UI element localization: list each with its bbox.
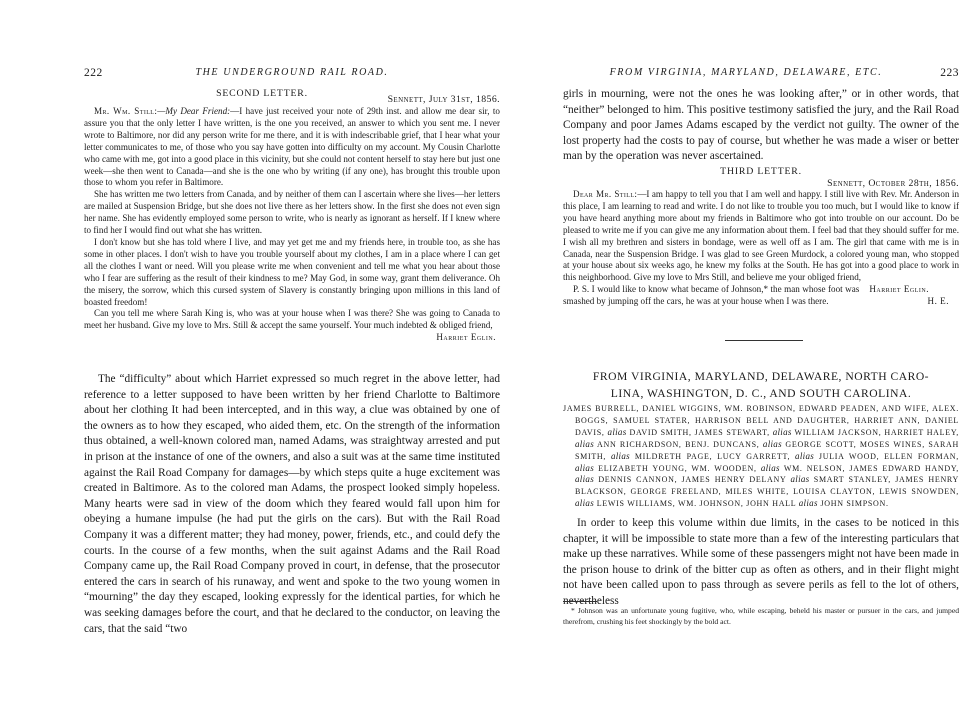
narrative-continued: girls in mourning, were not the ones he …: [563, 87, 959, 165]
names-segment: WILLIAM JACKSON, HARRIET HALEY,: [792, 428, 959, 437]
alias-label: alias: [761, 463, 780, 473]
left-page: 222 THE UNDERGROUND RAIL ROAD. SECOND LE…: [84, 0, 500, 702]
third-letter: THIRD LETTER. Sennett, October 28th, 185…: [563, 166, 959, 308]
footnote: * Johnson was an unfortunate young fugit…: [563, 606, 959, 627]
alias-label: alias: [575, 498, 594, 508]
names-segment: DAVID SMITH, JAMES STEWART,: [627, 428, 773, 437]
letter-paragraph: I don't know but she has told where I li…: [84, 237, 500, 308]
third-letter-body: Dear Mr. Still:—I am happy to tell you t…: [563, 189, 959, 308]
names-segment: JULIA WOOD, ELLEN FORMAN,: [814, 452, 959, 461]
postscript-signature: H. E.: [918, 296, 959, 308]
names-segment: LEWIS WILLIAMS, WM. JOHNSON, JOHN HALL: [594, 499, 799, 508]
running-head-left: 222 THE UNDERGROUND RAIL ROAD.: [84, 67, 500, 81]
page-number-right: 223: [940, 67, 959, 79]
running-title-right: FROM VIRGINIA, MARYLAND, DELAWARE, ETC.: [563, 67, 959, 78]
names-segment: DENNIS CANNON, JAMES HENRY DELANY: [594, 475, 790, 484]
footnote-rule: [563, 601, 597, 602]
letter-paragraph: Can you tell me where Sarah King is, who…: [84, 308, 500, 332]
salutation: Mr. Wm. Still:: [94, 106, 157, 116]
alias-label: alias: [575, 474, 594, 484]
names-segment: WM. NELSON, JAMES EDWARD HANDY,: [780, 464, 959, 473]
letter-paragraph: She has written me two letters from Cana…: [84, 189, 500, 237]
alias-label: alias: [795, 451, 814, 461]
names-segment: JOHN SIMPSON.: [818, 499, 889, 508]
alias-label: alias: [773, 427, 792, 437]
narrative-paragraph: girls in mourning, were not the ones he …: [563, 87, 959, 165]
alias-label: alias: [608, 427, 627, 437]
section-divider: [725, 340, 803, 341]
alias-label: alias: [763, 439, 782, 449]
narrative-paragraph: The “difficulty” about which Harriet exp…: [84, 372, 500, 637]
alias-label: alias: [799, 498, 818, 508]
running-title-left: THE UNDERGROUND RAIL ROAD.: [84, 67, 500, 78]
letter-paragraph: Dear Mr. Still:—I am happy to tell you t…: [563, 189, 959, 284]
intro-paragraph: In order to keep this volume within due …: [563, 516, 959, 610]
alias-label: alias: [575, 439, 594, 449]
right-page: FROM VIRGINIA, MARYLAND, DELAWARE, ETC. …: [563, 0, 959, 702]
names-segment: ANN RICHARDSON, BENJ. DUNCANS,: [594, 440, 763, 449]
chapter-title: FROM VIRGINIA, MARYLAND, DELAWARE, NORTH…: [563, 368, 959, 402]
signature: Harriet Eglin.: [426, 332, 500, 344]
names-segment: MILDRETH PAGE, LUCY GARRETT,: [630, 452, 795, 461]
alias-label: alias: [611, 451, 630, 461]
signature: Harriet Eglin.: [859, 284, 959, 296]
chapter-intro: In order to keep this volume within due …: [563, 516, 959, 610]
alias-label: alias: [790, 474, 809, 484]
alias-label: alias: [575, 463, 594, 473]
salutation-italic: —My Dear Friend:: [157, 106, 230, 116]
second-letter-body: Mr. Wm. Still:—My Dear Friend:—I have ju…: [84, 106, 500, 332]
fugitive-names-list: JAMES BURRELL, DANIEL WIGGINS, WM. ROBIN…: [563, 403, 959, 510]
running-head-right: FROM VIRGINIA, MARYLAND, DELAWARE, ETC. …: [563, 67, 959, 81]
salutation: Dear Mr. Still:: [573, 189, 637, 199]
narrative-text: The “difficulty” about which Harriet exp…: [84, 372, 500, 637]
second-letter: SECOND LETTER. Sennett, July 31st, 1856.…: [84, 88, 500, 344]
names-segment: ELIZABETH YOUNG, WM. WOODEN,: [594, 464, 761, 473]
third-letter-dateline: Sennett, October 28th, 1856.: [563, 178, 959, 189]
letter-paragraph: Mr. Wm. Still:—My Dear Friend:—I have ju…: [84, 106, 500, 189]
third-letter-heading: THIRD LETTER.: [563, 166, 959, 177]
